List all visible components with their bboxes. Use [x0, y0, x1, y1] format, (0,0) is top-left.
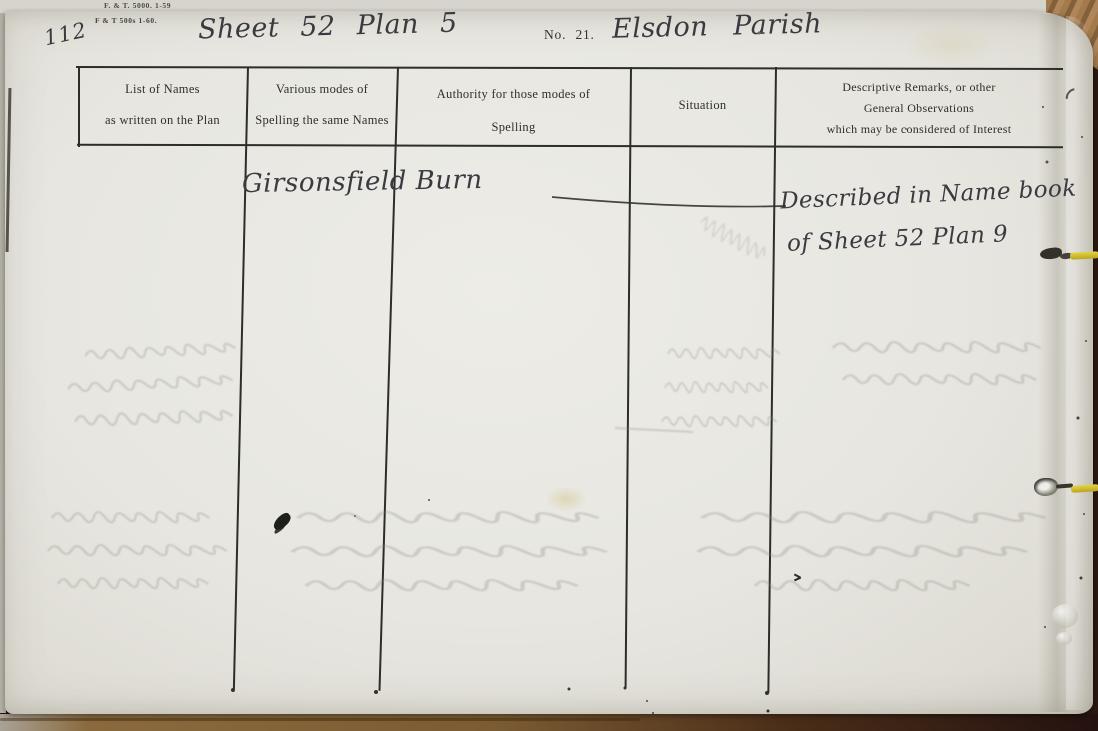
- book-bottom-edge: [0, 714, 1098, 731]
- column-header-authority: Authority for those modes of Spelling: [399, 78, 628, 144]
- column-header-situation: Situation: [632, 98, 773, 113]
- column-header-line: which may be considered of Interest: [777, 119, 1061, 140]
- column-header-names: List of Names as written on the Plan: [80, 74, 245, 136]
- embossed-bump: [1056, 632, 1072, 645]
- small-ink-tick: [794, 574, 803, 581]
- scanned-name-book-page: { "document": { "page_number": "112", "f…: [0, 0, 1098, 731]
- book-bottom-edge-grain: [0, 718, 640, 721]
- column-header-line: List of Names: [80, 74, 245, 105]
- column-header-line: Descriptive Remarks, or other: [777, 77, 1061, 98]
- column-header-line: Spelling: [399, 111, 628, 144]
- column-header-line: as written on the Plan: [80, 105, 245, 136]
- column-header-spelling-modes: Various modes of Spelling the same Names: [249, 74, 395, 136]
- column-header-line: Various modes of: [249, 74, 395, 105]
- parish-title: Elsdon Parish: [612, 8, 823, 44]
- yellow-binding-thread: [1070, 251, 1098, 260]
- column-header-line: General Observations: [777, 98, 1061, 119]
- number-label: No. 21.: [544, 27, 595, 43]
- form-code: F & T 500s 1-60.: [95, 16, 157, 25]
- dust-specks: [0, 0, 2, 2]
- yellow-binding-thread: [1071, 484, 1098, 493]
- column-header-line: Spelling the same Names: [249, 105, 395, 136]
- column-header-line: Authority for those modes of: [399, 78, 628, 111]
- column-header-line: Situation: [632, 98, 773, 113]
- column-header-remarks: Descriptive Remarks, or other General Ob…: [777, 77, 1061, 140]
- entry-name: Girsonsfield Burn: [242, 165, 483, 199]
- previous-page-form-code: F. & T. 5000. 1-59: [104, 1, 171, 10]
- embossed-bump: [1052, 604, 1078, 628]
